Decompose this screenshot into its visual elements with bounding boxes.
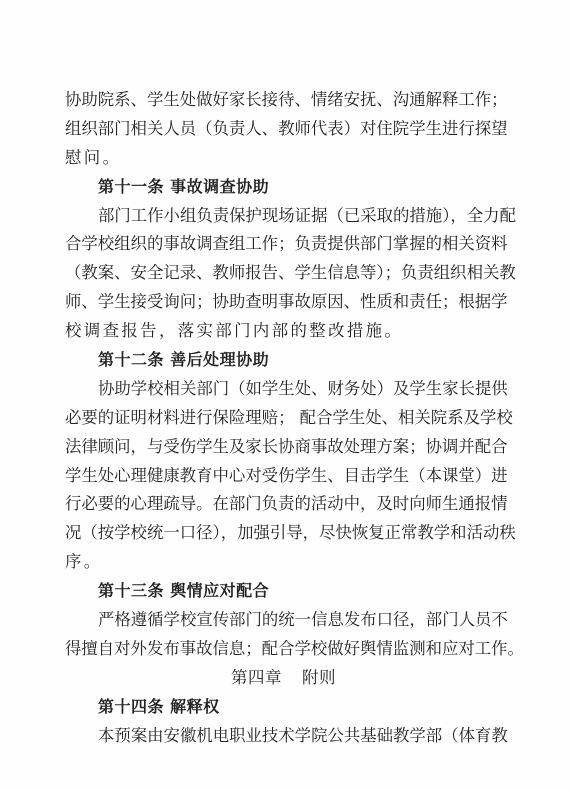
body-text-line: 合学校组织的事故调查组工作；负责提供部门掌握的相关资料 (65, 230, 502, 259)
body-text-line: 本预案由安徽机电职业技术学院公共基础教学部（体育教 (65, 722, 502, 751)
article-13-heading: 第十三条 舆情应对配合 (65, 577, 502, 606)
body-text-line: 得擅自对外发布事故信息；配合学校做好舆情监测和应对工作。 (65, 635, 502, 664)
body-text-line: 协助院系、学生处做好家长接待、情绪安抚、沟通解释工作； (65, 86, 502, 115)
body-text-line: 法律顾问，与受伤学生及家长协商事故处理方案；协调并配合 (65, 433, 502, 462)
body-text-line: 组织部门相关人员（负责人、教师代表）对住院学生进行探望 (65, 115, 502, 144)
body-text-line: 师、学生接受询问；协助查明事故原因、性质和责任；根据学 (65, 288, 502, 317)
body-text-line: 校调查报告，落实部门内部的整改措施。 (65, 317, 502, 346)
body-text-line: 况（按学校统一口径），加强引导，尽快恢复正常教学和活动秩 (65, 519, 502, 548)
article-11-heading: 第十一条 事故调查协助 (65, 173, 502, 202)
article-14-heading: 第十四条 解释权 (65, 693, 502, 722)
body-text-line: 行必要的心理疏导。在部门负责的活动中，及时向师生通报情 (65, 490, 502, 519)
body-text-line: 协助学校相关部门（如学生处、财务处）及学生家长提供 (65, 375, 502, 404)
chapter-title: 附则 (302, 668, 336, 687)
body-text-line: （教案、安全记录、教师报告、学生信息等）；负责组织相关教 (65, 259, 502, 288)
body-text-line: 学生处心理健康教育中心对受伤学生、目击学生（本课堂）进 (65, 462, 502, 491)
body-text-line: 严格遵循学校宣传部门的统一信息发布口径，部门人员不 (65, 606, 502, 635)
chapter-4-title: 第四章附则 (65, 664, 502, 693)
document-page: 协助院系、学生处做好家长接待、情绪安抚、沟通解释工作； 组织部门相关人员（负责人… (65, 86, 502, 750)
body-text-line: 部门工作小组负责保护现场证据（已采取的措施），全力配 (65, 202, 502, 231)
body-text-line: 序。 (65, 548, 502, 577)
article-12-heading: 第十二条 善后处理协助 (65, 346, 502, 375)
body-text-line: 必要的证明材料进行保险理赔； 配合学生处、相关院系及学校 (65, 404, 502, 433)
body-text-line: 慰问。 (65, 144, 502, 173)
chapter-number: 第四章 (231, 668, 282, 687)
